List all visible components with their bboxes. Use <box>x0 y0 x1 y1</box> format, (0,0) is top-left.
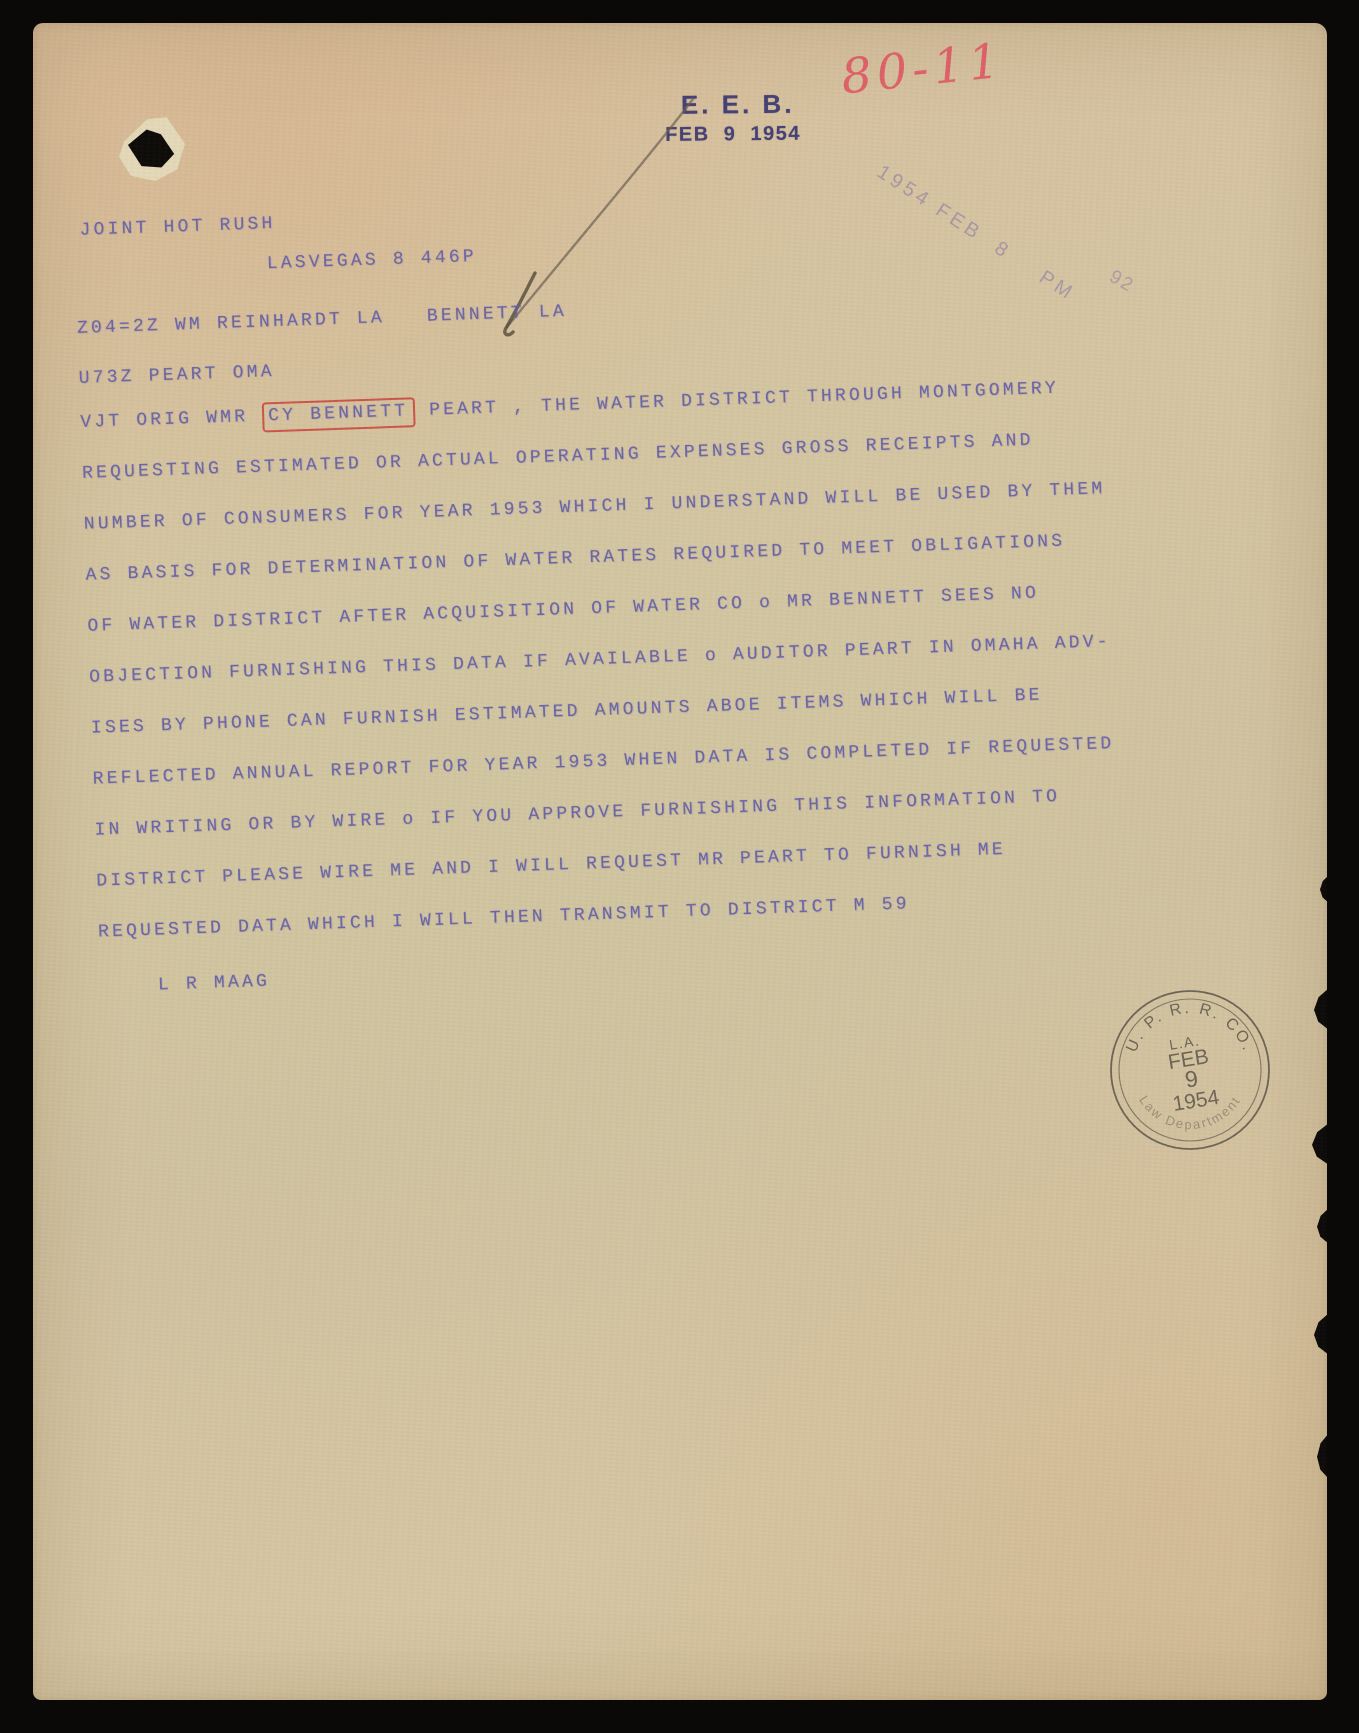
body-line-1-prefix: VJT ORIG WMR <box>80 407 263 433</box>
body-line-10: DISTRICT PLEASE WIRE ME AND I WILL REQUE… <box>96 840 1006 892</box>
body-line-1-suffix: PEART , THE WATER DISTRICT THROUGH MONTG… <box>415 379 1059 421</box>
body-line-8: REFLECTED ANNUAL REPORT FOR YEAR 1953 WH… <box>92 734 1114 790</box>
punch-hole-torn-edge <box>119 117 185 181</box>
body-line-1: VJT ORIG WMR CY BENNETT PEART , THE WATE… <box>80 379 1059 433</box>
body-line-9: IN WRITING OR BY WIRE o IF YOU APPROVE F… <box>94 787 1060 841</box>
address-line-2: U73Z PEART OMA <box>78 362 275 389</box>
body-line-11: REQUESTED DATA WHICH I WILL THEN TRANSMI… <box>98 894 910 942</box>
body-line-6: OBJECTION FURNISHING THIS DATA IF AVAILA… <box>89 632 1111 688</box>
torn-edge-notch <box>1320 875 1329 903</box>
torn-edge-notch <box>1317 1208 1329 1244</box>
scanned-telegram-photo: { "document": { "annotations": { "file_n… <box>0 0 1359 1733</box>
routing-line: JOINT HOT RUSH <box>79 214 276 241</box>
typed-message-block: JOINT HOT RUSH LASVEGAS 8 446P Z04=2Z WM… <box>73 172 1281 1033</box>
body-line-2: REQUESTING ESTIMATED OR ACTUAL OPERATING… <box>82 431 1034 484</box>
received-date-stamp: E. E. B. FEB 9 1954 <box>665 88 865 147</box>
origin-line: LASVEGAS 8 446P <box>267 247 478 274</box>
torn-edge-notch <box>1314 988 1329 1030</box>
torn-edge-notch <box>1312 1123 1329 1165</box>
punch-hole <box>126 125 176 172</box>
torn-edge-notch <box>1317 1433 1329 1479</box>
torn-edge-notch <box>1314 1313 1329 1355</box>
signature: L R MAAG <box>158 972 271 996</box>
received-stamp-initials: E. E. B. <box>681 88 865 121</box>
received-stamp-date: FEB 9 1954 <box>665 122 865 147</box>
body-line-5: OF WATER DISTRICT AFTER ACQUISITION OF W… <box>87 584 1039 637</box>
red-circled-name: CY BENNETT <box>262 397 416 432</box>
body-line-7: ISES BY PHONE CAN FURNISH ESTIMATED AMOU… <box>91 685 1043 738</box>
telegram-paper-sheet: 80-11 E. E. B. FEB 9 1954 1954 FEB 8 PM … <box>33 23 1327 1700</box>
address-line: Z04=2Z WM REINHARDT LA BENNETT LA <box>77 302 567 339</box>
body-line-3: NUMBER OF CONSUMERS FOR YEAR 1953 WHICH … <box>84 479 1106 535</box>
body-line-4: AS BASIS FOR DETERMINATION OF WATER RATE… <box>85 532 1065 586</box>
railroad-date-stamp: U. P. R. R. CO. Law Department L.A. FEB … <box>1105 985 1275 1155</box>
